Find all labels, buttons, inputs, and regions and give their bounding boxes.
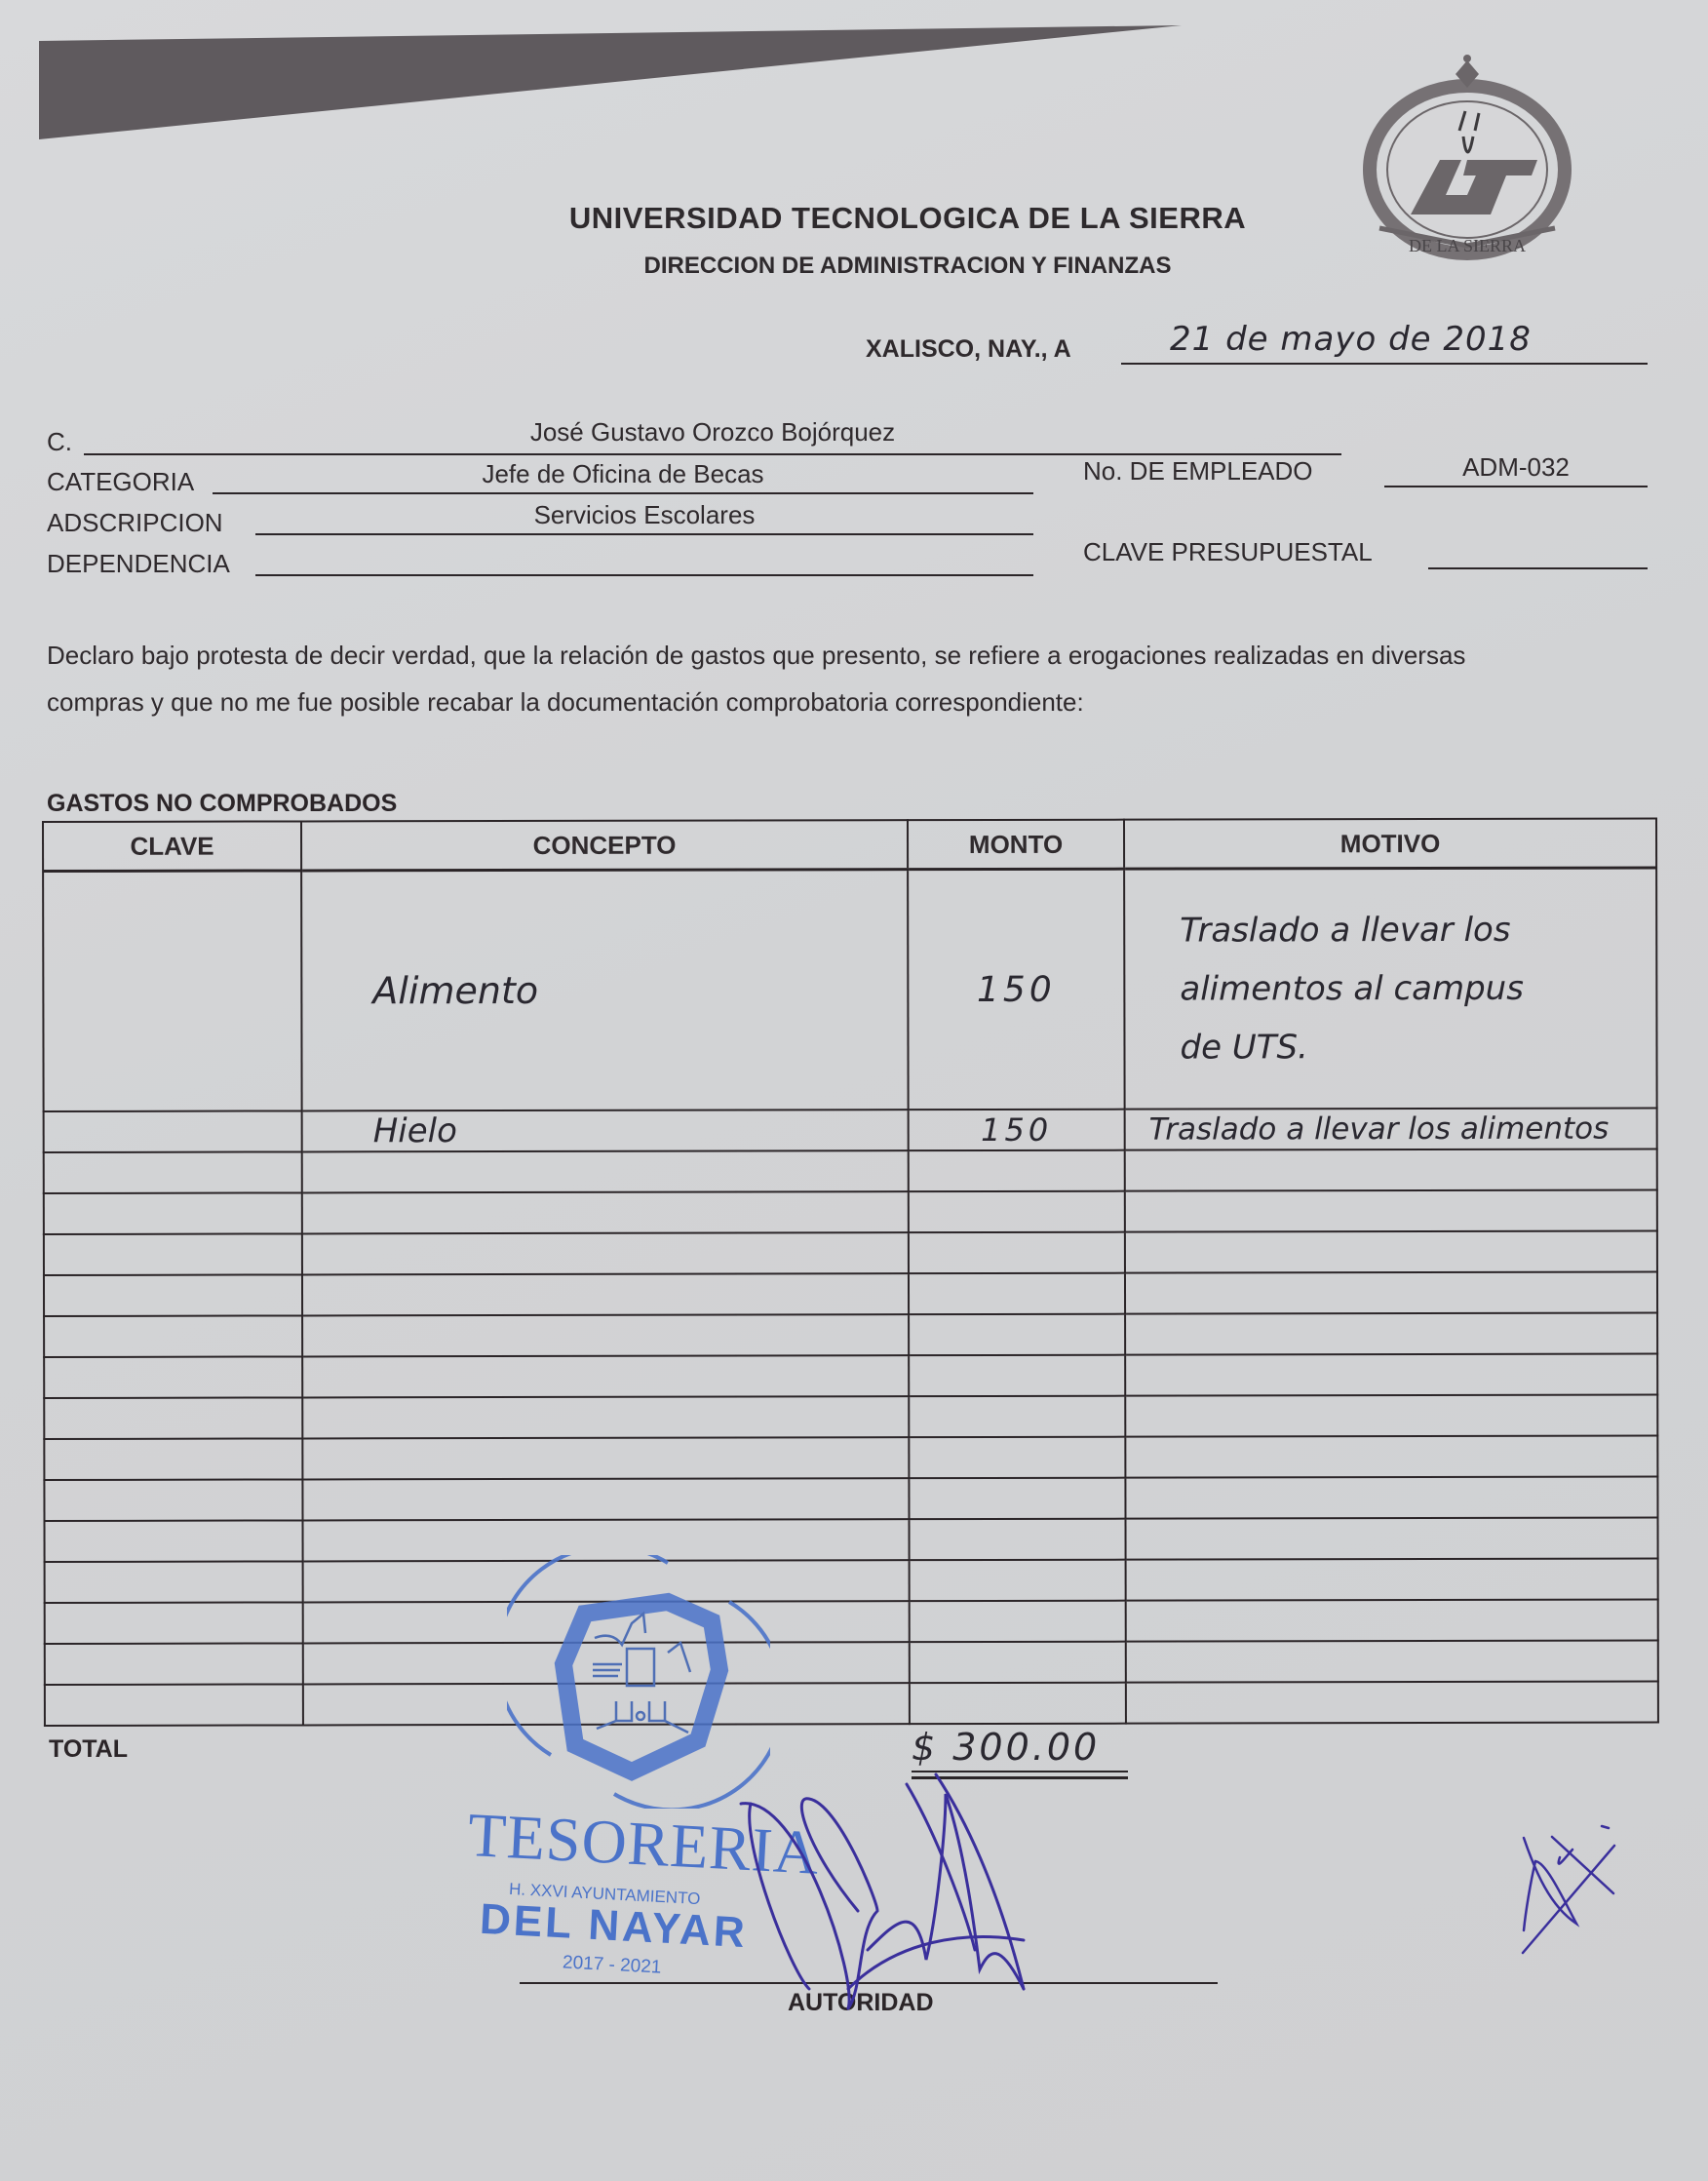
column-header-concepto: CONCEPTO [301,820,908,871]
table-row-empty [44,1231,1657,1275]
signature-label: AUTORIDAD [788,1989,934,2017]
cell-motivo[interactable] [1125,1272,1657,1314]
table-row-empty [44,1436,1657,1480]
expenses-header-row: CLAVE CONCEPTO MONTO MOTIVO [43,819,1656,872]
place-date-label: XALISCO, NAY., A [866,335,1071,364]
employee-name: José Gustavo Orozco Bojórquez [84,417,1341,448]
cell-monto[interactable] [909,1396,1125,1437]
cell-concepto[interactable] [302,1437,909,1479]
expenses-table: CLAVE CONCEPTO MONTO MOTIVO Alimento 150… [42,818,1659,1727]
cell-monto[interactable] [910,1642,1126,1683]
cell-clave[interactable] [44,1479,302,1521]
table-row-empty [44,1272,1657,1316]
cell-motivo[interactable] [1126,1600,1658,1642]
cell-concepto[interactable] [302,1232,909,1274]
cell-monto[interactable] [909,1437,1125,1478]
cell-clave[interactable] [44,1192,302,1234]
cell-motivo[interactable] [1126,1559,1658,1601]
declaration-text: Declaro bajo protesta de decir verdad, q… [47,632,1665,725]
cell-motivo[interactable] [1125,1436,1657,1478]
expense-declaration-form: DE LA SIERRA UNIVERSIDAD TECNOLOGICA DE … [0,0,1708,2181]
cell-concepto[interactable]: Hielo [302,1110,909,1151]
assignment-line [255,533,1033,535]
cell-motivo[interactable]: Traslado a llevar los alimentos [1125,1109,1657,1150]
cell-monto[interactable] [909,1273,1125,1314]
total-underline [912,1771,1128,1772]
cell-monto[interactable]: 150 [908,869,1125,1110]
stamp-period: 2017 - 2021 [562,1952,661,1978]
cell-clave[interactable] [44,1233,302,1275]
cell-monto[interactable] [910,1683,1126,1724]
cell-clave[interactable] [45,1520,303,1562]
table-row-empty [44,1354,1657,1398]
cell-concepto[interactable] [302,1355,909,1397]
table-row-empty [45,1559,1658,1603]
table-row-empty [44,1313,1657,1357]
cell-concepto[interactable] [302,1150,909,1192]
table-row-empty [45,1518,1658,1562]
employee-no-line [1384,486,1648,487]
total-double-underline [912,1776,1128,1779]
cell-motivo[interactable] [1126,1518,1658,1560]
category-label: CATEGORIA [47,467,194,497]
cell-monto[interactable] [910,1560,1126,1601]
total-label: TOTAL [49,1735,128,1764]
cell-clave[interactable] [44,1151,302,1193]
cell-motivo[interactable] [1126,1641,1658,1683]
cell-clave[interactable] [44,1315,302,1357]
name-label: C. [47,427,72,457]
cell-clave[interactable] [44,1110,302,1152]
declaration-line-1: Declaro bajo protesta de decir verdad, q… [47,632,1665,679]
cell-motivo[interactable] [1125,1190,1657,1232]
cell-monto[interactable] [909,1191,1125,1232]
cell-concepto[interactable] [302,1191,909,1233]
dependency-line [255,574,1033,576]
cell-motivo[interactable] [1125,1395,1657,1437]
municipal-coat-of-arms-icon [507,1555,770,1809]
cell-monto[interactable] [910,1601,1126,1642]
table-row-empty [45,1641,1658,1685]
name-line [84,453,1341,455]
place-date-value: 21 de mayo de 2018 [1170,320,1532,359]
table-row: Hielo 150 Traslado a llevar los alimento… [44,1109,1657,1152]
total-value: $ 300.00 [912,1726,1100,1769]
cell-motivo[interactable] [1125,1354,1657,1396]
table-row-empty [44,1477,1657,1521]
cell-concepto[interactable] [302,1314,909,1356]
cell-monto[interactable] [909,1314,1125,1355]
signature-line [520,1982,1218,1984]
cell-clave[interactable] [44,1356,302,1398]
column-header-motivo: MOTIVO [1124,819,1656,870]
cell-clave[interactable] [45,1561,303,1603]
cell-motivo[interactable] [1125,1149,1657,1191]
table-row: Alimento 150 Traslado a llevar los alime… [43,868,1657,1111]
cell-concepto[interactable] [302,1478,909,1520]
stamp-name: DEL NAYAR [479,1895,749,1958]
cell-monto[interactable]: 150 [909,1110,1125,1150]
budget-key-line [1428,567,1648,569]
cell-clave[interactable] [45,1643,303,1685]
cell-motivo[interactable] [1126,1682,1658,1724]
place-date-line [1121,363,1648,365]
cell-clave[interactable] [45,1684,303,1726]
expenses-section-title: GASTOS NO COMPROBADOS [47,790,397,818]
assignment-label: ADSCRIPCION [47,508,223,538]
department-title: DIRECCION DE ADMINISTRACION Y FINANZAS [0,253,1708,280]
cell-concepto[interactable]: Alimento [301,870,909,1111]
table-row-empty [44,1395,1657,1439]
column-header-clave: CLAVE [43,821,301,871]
stamp-title: TESORERIA [466,1799,821,1889]
employee-no-label: No. DE EMPLEADO [1083,456,1313,487]
category-line [213,492,1033,494]
cell-monto[interactable] [909,1232,1125,1273]
cell-monto[interactable] [909,1150,1125,1191]
employee-assignment: Servicios Escolares [255,500,1033,530]
table-row-empty [44,1190,1657,1234]
cell-motivo[interactable] [1125,1231,1657,1273]
cell-clave[interactable] [44,1397,302,1439]
cell-monto[interactable] [909,1478,1125,1519]
cell-concepto[interactable] [302,1396,909,1438]
column-header-monto: MONTO [908,820,1124,870]
cell-motivo[interactable]: Traslado a llevar los alimentos al campu… [1124,868,1657,1110]
cell-concepto[interactable] [302,1273,909,1315]
employee-category: Jefe de Oficina de Becas [213,459,1033,489]
cell-monto[interactable] [910,1519,1126,1560]
budget-key-label: CLAVE PRESUPUESTAL [1083,537,1373,567]
cell-clave[interactable] [45,1602,303,1644]
table-row-empty [45,1600,1658,1644]
cell-clave[interactable] [44,1274,302,1316]
cell-clave[interactable] [44,1438,302,1480]
cell-clave[interactable] [43,871,302,1111]
cell-motivo[interactable] [1125,1477,1657,1519]
cell-monto[interactable] [909,1355,1125,1396]
dependency-label: DEPENDENCIA [47,549,230,579]
declaration-line-2: compras y que no me fue posible recabar … [47,679,1665,725]
institution-title: UNIVERSIDAD TECNOLOGICA DE LA SIERRA [0,201,1708,236]
employee-no: ADM-032 [1384,452,1648,483]
table-row-empty [44,1149,1657,1193]
cell-motivo[interactable] [1125,1313,1657,1355]
table-row-empty [45,1682,1658,1726]
